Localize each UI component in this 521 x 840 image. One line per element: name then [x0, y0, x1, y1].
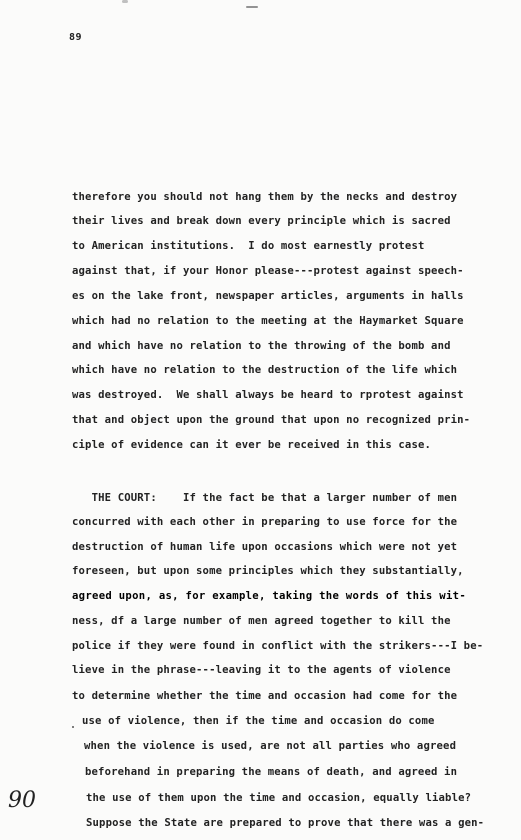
text-line: that and object upon the ground that upo…: [72, 413, 470, 427]
text-line: which had no relation to the meeting at …: [72, 314, 464, 328]
text-line: the use of them upon the time and occasi…: [86, 791, 471, 805]
text-line: use of violence, then if the time and oc…: [82, 714, 435, 728]
text-line: Suppose the State are prepared to prove …: [86, 816, 484, 830]
scan-artifact: [72, 726, 74, 728]
text-line: therefore you should not hang them by th…: [72, 190, 457, 204]
text-line: their lives and break down every princip…: [72, 214, 451, 228]
document-page: 89 therefore you should not hang them by…: [0, 0, 521, 840]
text-line: concurred with each other in preparing t…: [72, 515, 457, 529]
text-line: destruction of human life upon occasions…: [72, 540, 457, 554]
text-line: to determine whether the time and occasi…: [72, 689, 457, 703]
text-line: and which have no relation to the throwi…: [72, 339, 451, 353]
text-line: against that, if your Honor please---pro…: [72, 264, 464, 278]
text-line-speaker: THE COURT: If the fact be that a larger …: [72, 491, 457, 505]
text-line: agreed upon, as, for example, taking the…: [72, 589, 466, 603]
scan-artifact: [246, 6, 258, 8]
text-line: foreseen, but upon some principles which…: [72, 564, 464, 578]
text-line: police if they were found in conflict wi…: [72, 639, 483, 653]
text-line: beforehand in preparing the means of dea…: [85, 765, 457, 779]
handwritten-page-annotation: 90: [8, 788, 36, 813]
scan-artifact: [122, 0, 128, 3]
page-number: 89: [69, 32, 82, 43]
text-line: to American institutions. I do most earn…: [72, 239, 425, 253]
text-line: was destroyed. We shall always be heard …: [72, 388, 464, 402]
text-line: es on the lake front, newspaper articles…: [72, 289, 464, 303]
text-line: ciple of evidence can it ever be receive…: [72, 438, 431, 452]
text-line: when the violence is used, are not all p…: [84, 739, 456, 753]
text-line: ness, df a large number of men agreed to…: [72, 614, 451, 628]
text-line: lieve in the phrase---leaving it to the …: [72, 663, 451, 677]
text-line: which have no relation to the destructio…: [72, 363, 457, 377]
